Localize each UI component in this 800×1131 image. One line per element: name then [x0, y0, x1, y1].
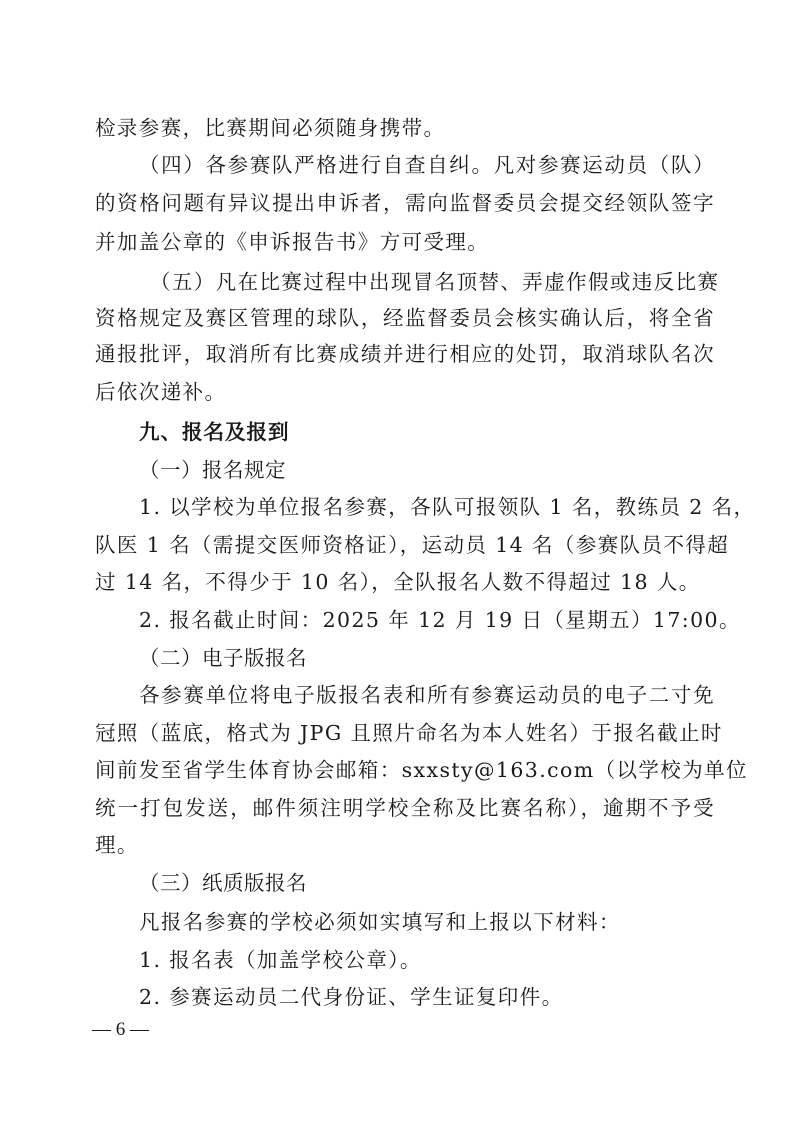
body-line: 的资格问题有异议提出申诉者，需向监督委员会提交经领队签字	[95, 188, 715, 218]
document-page: 检录参赛，比赛期间必须随身携带。 （四）各参赛队严格进行自查自纠。凡对参赛运动员…	[0, 0, 800, 1131]
body-line: 凡报名参赛的学校必须如实填写和上报以下材料：	[139, 907, 715, 937]
section-heading-registration: 九、报名及报到	[139, 417, 715, 447]
list-item: 1. 报名表（加盖学校公章）。	[139, 945, 715, 975]
registration-email-line: 间前发至省学生体育协会邮箱：sxxsty@163.com（以学校为单位	[95, 755, 715, 785]
subheading-paper-registration: （三）纸质版报名	[139, 868, 715, 898]
registration-deadline: 2. 报名截止时间：2025 年 12 月 19 日（星期五）17:00。	[139, 605, 715, 635]
body-line: 资格规定及赛区管理的球队，经监督委员会核实确认后，将全省	[95, 303, 715, 333]
body-line: 理。	[95, 830, 715, 860]
subheading-registration-rules: （一）报名规定	[139, 455, 715, 485]
paragraph-5-start: （五）凡在比赛过程中出现冒名顶替、弄虚作假或违反比赛	[150, 267, 715, 297]
list-item: 2. 参赛运动员二代身份证、学生证复印件。	[139, 982, 715, 1012]
body-line: 检录参赛，比赛期间必须随身携带。	[95, 113, 715, 143]
body-line: 冠照（蓝底，格式为 JPG 且照片命名为本人姓名）于报名截止时	[95, 718, 715, 748]
body-line: 过 14 名，不得少于 10 名），全队报名人数不得超过 18 人。	[95, 567, 715, 597]
body-line: 1. 以学校为单位报名参赛，各队可报领队 1 名，教练员 2 名，	[139, 492, 715, 522]
body-line: 并加盖公章的《申诉报告书》方可受理。	[95, 227, 715, 257]
subheading-electronic-registration: （二）电子版报名	[139, 643, 715, 673]
body-line: 各参赛单位将电子版报名表和所有参赛运动员的电子二寸免	[139, 680, 715, 710]
body-line: 后依次递补。	[95, 377, 715, 407]
body-line: 统一打包发送，邮件须注明学校全称及比赛名称），逾期不予受	[95, 793, 715, 823]
body-line: 通报批评，取消所有比赛成绩并进行相应的处罚，取消球队名次	[95, 339, 715, 369]
paragraph-4-start: （四）各参赛队严格进行自查自纠。凡对参赛运动员（队）	[139, 150, 715, 180]
body-line: 队医 1 名（需提交医师资格证），运动员 14 名（参赛队员不得超	[95, 530, 715, 560]
page-number: — 6 —	[92, 1016, 149, 1044]
